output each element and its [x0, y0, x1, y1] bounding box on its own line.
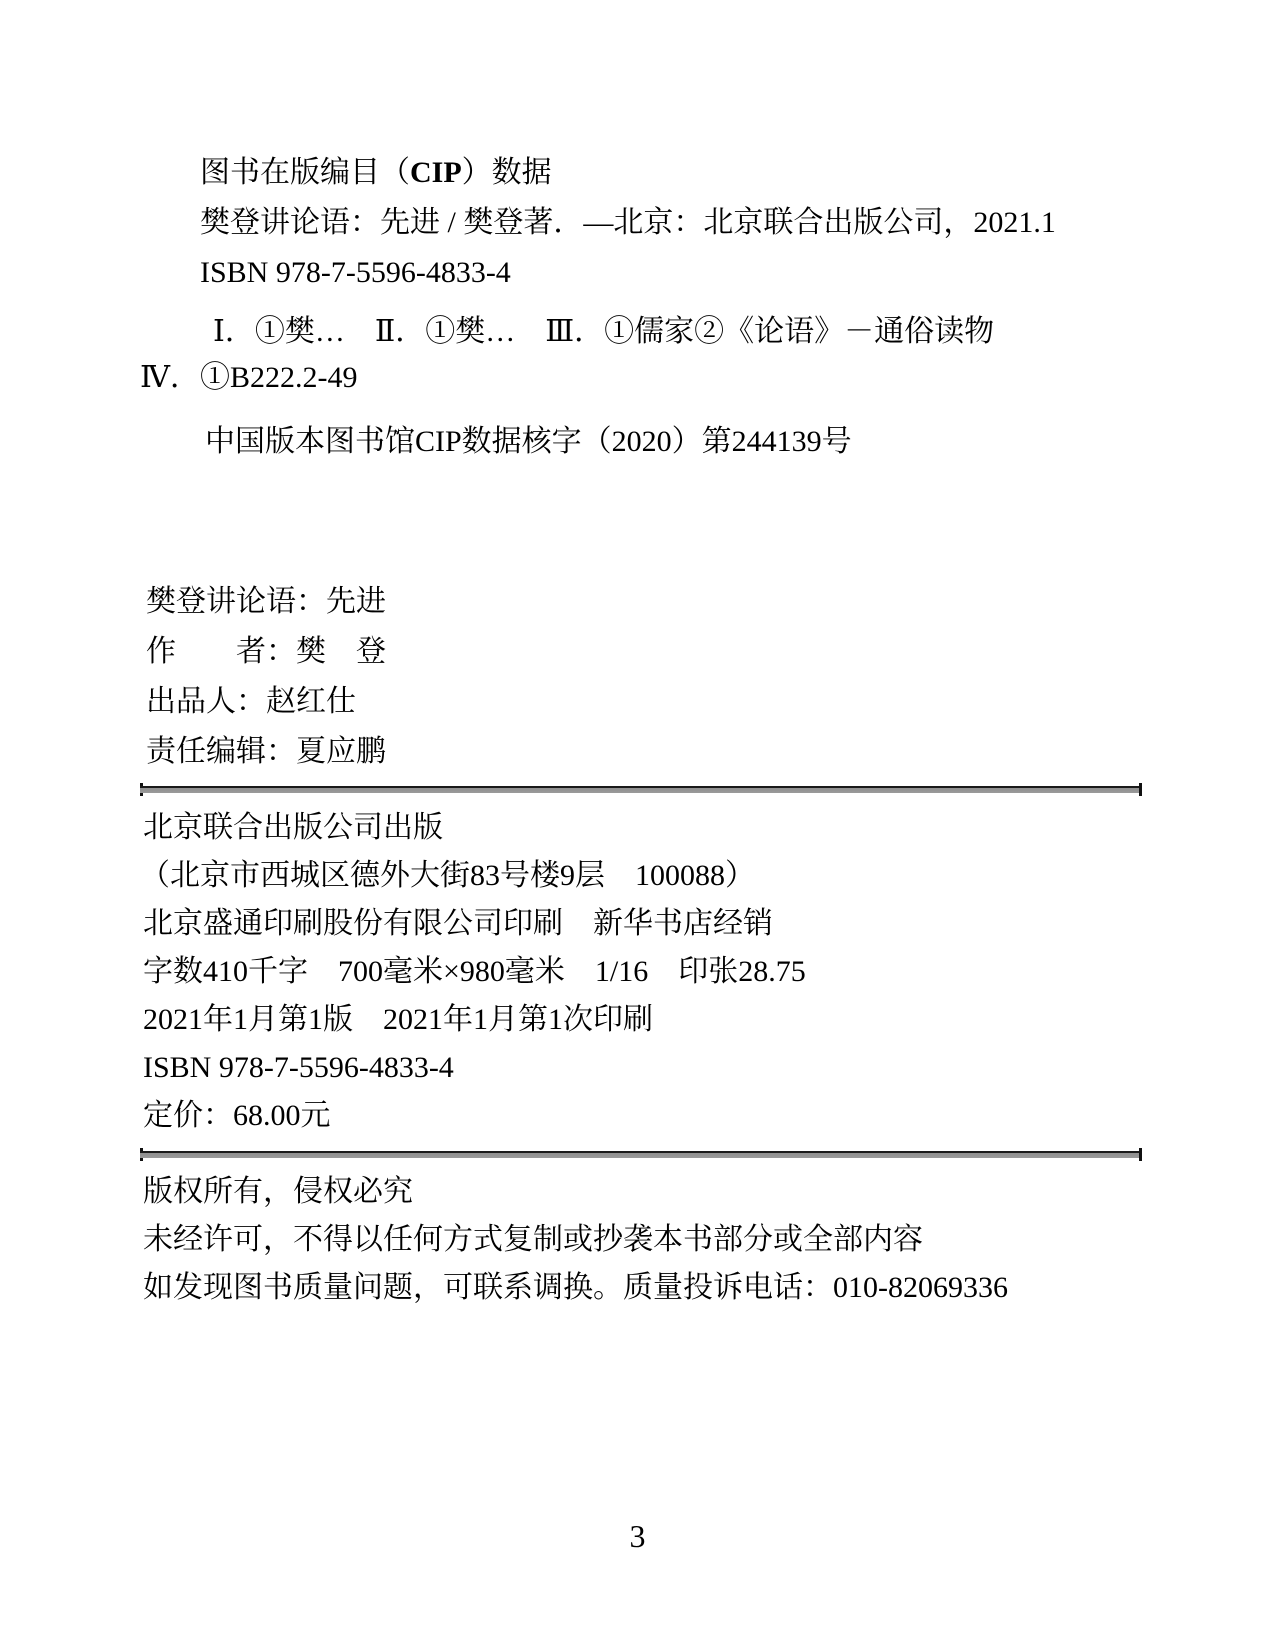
cip-heading-acronym: CIP: [410, 156, 462, 189]
price-line: 定价：68.00元: [143, 1098, 331, 1134]
divider-bar: [140, 786, 1142, 793]
publisher-line: 北京联合出版公司出版: [143, 810, 443, 846]
copyright-rights-line: 版权所有，侵权必究: [143, 1174, 413, 1210]
copyright-quality-line: 如发现图书质量问题，可联系调换。质量投诉电话：010-82069336: [143, 1270, 1008, 1306]
copyright-page: 图书在版编目（CIP）数据 樊登讲论语：先进 / 樊登著．—北京：北京联合出版公…: [0, 0, 1275, 1650]
section-divider-top: [140, 786, 1142, 793]
book-title: 樊登讲论语：先进: [146, 584, 386, 620]
cip-classification-line-2: Ⅳ．①B222.2-49: [140, 360, 357, 396]
publisher-address-line: （北京市西城区德外大街83号楼9层 100088）: [140, 858, 755, 894]
author-line: 作 者：樊 登: [146, 634, 386, 670]
page-number: 3: [0, 1518, 1275, 1555]
divider-bar: [140, 1151, 1142, 1158]
cip-heading: 图书在版编目（CIP）数据: [200, 155, 552, 191]
cip-heading-prefix: 图书在版编目（: [200, 156, 410, 189]
copyright-no-copy-line: 未经许可，不得以任何方式复制或抄袭本书部分或全部内容: [143, 1222, 923, 1258]
section-divider-bottom: [140, 1151, 1142, 1158]
format-line: 字数410千字 700毫米×980毫米 1/16 印张28.75: [143, 954, 806, 990]
producer-line: 出品人：赵红仕: [146, 684, 356, 720]
printer-line: 北京盛通印刷股份有限公司印刷 新华书店经销: [143, 906, 773, 942]
editor-line: 责任编辑：夏应鹏: [146, 734, 386, 770]
cip-registry-line: 中国版本图书馆CIP数据核字（2020）第244139号: [205, 424, 852, 460]
edition-line: 2021年1月第1版 2021年1月第1次印刷: [143, 1002, 653, 1038]
cip-isbn-line: ISBN 978-7-5596-4833-4: [200, 255, 511, 291]
isbn-line: ISBN 978-7-5596-4833-4: [143, 1050, 454, 1086]
cip-classification-line-1: Ⅰ．①樊… Ⅱ．①樊… Ⅲ．①儒家②《论语》－通俗读物: [213, 314, 994, 350]
cip-record-line: 樊登讲论语：先进 / 樊登著．—北京：北京联合出版公司，2021.1: [200, 205, 1056, 241]
cip-heading-suffix: ）数据: [462, 156, 552, 189]
